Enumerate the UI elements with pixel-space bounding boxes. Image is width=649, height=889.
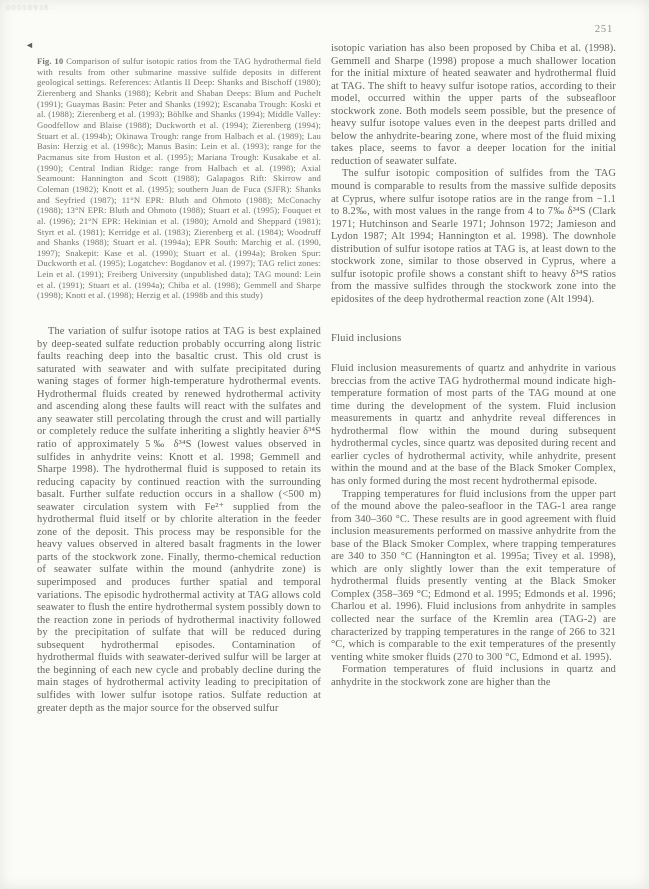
paragraph-cyprus-comparison: The sulfur isotopic composition of sulfi… [331,168,616,306]
paragraph-continuation: isotopic variation has also been propose… [331,43,616,168]
page-number: 251 [595,24,613,35]
figure-caption: Fig. 10 Comparison of sulfur isotopic ra… [37,56,321,301]
caption-continuation-left-triangle-icon: ◄ [25,40,34,50]
paragraph-formation-temperatures: Formation temperatures of fluid inclusio… [331,664,616,689]
paragraph-fluid-inclusions: Fluid inclusion measurements of quartz a… [331,363,616,488]
scan-watermark: 00056936 [6,4,50,12]
right-column-body: isotopic variation has also been propose… [331,43,616,689]
section-heading-fluid-inclusions: Fluid inclusions [331,333,616,346]
figure-caption-text: Comparison of sulfur isotopic ratios fro… [37,56,321,300]
journal-page: 00056936 251 ◄ Fig. 10 Comparison of sul… [0,0,649,889]
figure-caption-label: Fig. 10 [37,56,63,66]
right-column: isotopic variation has also been propose… [331,43,616,689]
left-column: Fig. 10 Comparison of sulfur isotopic ra… [37,56,321,715]
paragraph-sulfate-reduction: The variation of sulfur isotope ratios a… [37,326,321,715]
paragraph-trapping-temperatures: Trapping temperatures for fluid inclusio… [331,489,616,665]
left-column-body: The variation of sulfur isotope ratios a… [37,326,321,715]
